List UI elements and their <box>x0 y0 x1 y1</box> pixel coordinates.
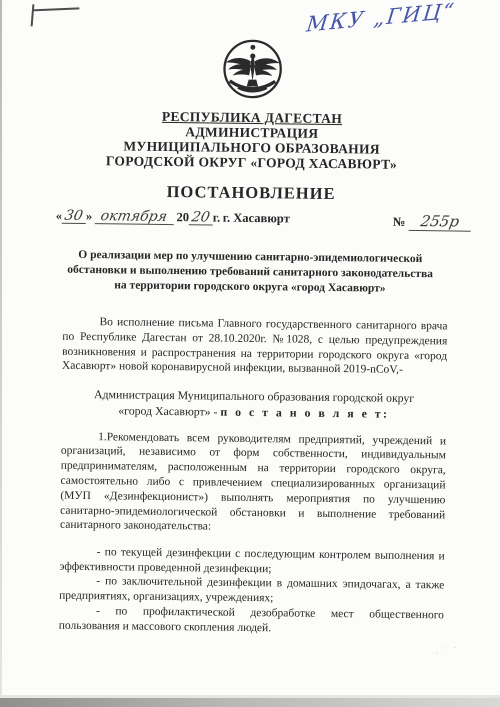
year-suffix: г. <box>213 211 221 225</box>
number-sign: № <box>393 215 406 229</box>
scan-bottom-shadow <box>0 698 500 707</box>
date-field: «30» октября 2020г. <box>56 208 221 226</box>
resolution-line-2-prefix: «город Хасавюрт» - <box>118 403 220 418</box>
item-1-paragraph: 1.Рекомендовать всем руководителям предп… <box>60 429 446 537</box>
year-prefix: 20 <box>176 210 189 224</box>
handwritten-blue-note: МКУ „ГИЦ“ <box>305 0 457 37</box>
handwritten-month: октября <box>100 208 169 225</box>
emblem-container <box>2 31 500 113</box>
place-label: г. Хасавюрт <box>223 211 290 227</box>
dagestan-coat-of-arms-icon <box>212 34 293 111</box>
document-body: Во исполнение письма Главного государств… <box>59 315 448 638</box>
date-quote-close: » <box>86 209 92 223</box>
document-number-field: № 255р <box>393 212 471 232</box>
resolution-statement: Администрация Муниципального образования… <box>61 385 446 422</box>
handwritten-year: 20 <box>190 209 211 225</box>
bullet-final-disinfection: - по заключительной дезинфекции в домашн… <box>59 574 444 608</box>
handwritten-day: 30 <box>64 208 85 224</box>
document-type-heading: ПОСТАНОВЛЕНИЕ <box>1 180 500 206</box>
preamble-paragraph: Во исполнение письма Главного государств… <box>62 315 448 379</box>
scanned-document-page: МКУ „ГИЦ“ <box>0 0 500 707</box>
document-title: О реализации мер по улучшению санитарно-… <box>0 247 500 298</box>
date-number-row: «30» октября 2020г. г. Хасавюрт № 255р <box>1 205 500 237</box>
pen-corner-mark <box>23 0 87 33</box>
handwritten-number: 255р <box>419 212 461 230</box>
document-content: МКУ „ГИЦ“ <box>0 0 500 707</box>
bullet-preventive-treatment: - по профилактической дезобработке мест … <box>59 604 444 638</box>
resolution-verb: п о с т а н о в л я е т: <box>220 404 389 420</box>
bullet-current-disinfection: - по текущей дезинфекции с последующим к… <box>59 544 444 578</box>
org-header: РЕСПУБЛИКА ДАГЕСТАН АДМИНИСТРАЦИЯ МУНИЦИ… <box>1 107 500 173</box>
